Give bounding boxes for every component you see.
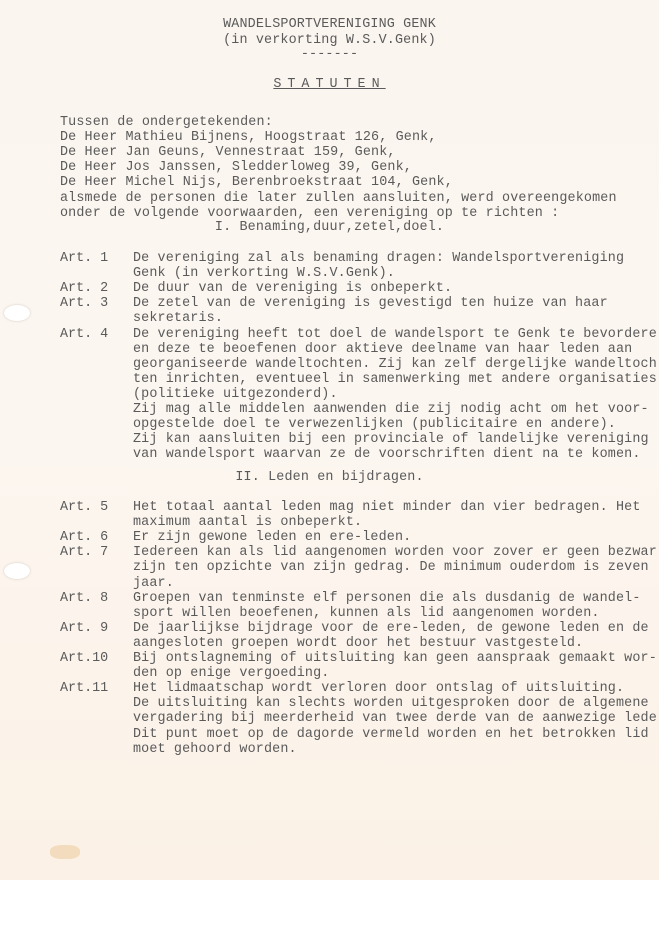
- article-text-line: De vereniging heeft tot doel de wandelsp…: [133, 327, 657, 342]
- article-number: Art. 2: [60, 281, 108, 296]
- article-text-line: Genk (in verkorting W.S.V.Genk).: [133, 266, 395, 281]
- article-text-line: aangesloten groepen wordt door het bestu…: [133, 636, 583, 651]
- article-text-line: Dit punt moet op de dagorde vermeld word…: [133, 727, 649, 742]
- preamble-line: De Heer Mathieu Bijnens, Hoogstraat 126,…: [60, 130, 437, 145]
- document-title: STATUTEN: [0, 77, 659, 92]
- article-text-line: Iedereen kan als lid aangenomen worden v…: [133, 545, 657, 560]
- org-abbreviation: (in verkorting W.S.V.Genk): [0, 33, 659, 48]
- article-text-line: en deze te beoefenen door aktieve deelna…: [133, 342, 632, 357]
- article-text-line: (politieke uitgezonderd).: [133, 387, 338, 402]
- article-text-line: opgestelde doel te verwezenlijken (publi…: [133, 417, 616, 432]
- scanned-page: WANDELSPORTVERENIGING GENK (in verkortin…: [0, 0, 659, 880]
- paper-stain: [50, 845, 80, 859]
- punch-hole: [4, 563, 30, 579]
- article-number: Art.10: [60, 651, 108, 666]
- article-text-line: Groepen van tenminste elf personen die a…: [133, 591, 641, 606]
- preamble-line: De Heer Jan Geuns, Vennestraat 159, Genk…: [60, 145, 396, 160]
- article-text-line: Zij mag alle middelen aanwenden die zij …: [133, 402, 649, 417]
- preamble-line: De Heer Michel Nijs, Berenbroekstraat 10…: [60, 175, 453, 190]
- article-text-line: Er zijn gewone leden en ere-leden.: [133, 530, 411, 545]
- article-text-line: jaar.: [133, 576, 174, 591]
- article-number: Art. 4: [60, 327, 108, 342]
- article-text-line: sport willen beoefenen, kunnen als lid a…: [133, 606, 600, 621]
- preamble-line: onder de volgende voorwaarden, een veren…: [60, 206, 559, 221]
- article-text-line: zijn ten opzichte van zijn gedrag. De mi…: [133, 560, 649, 575]
- article-text-line: De jaarlijkse bijdrage voor de ere-leden…: [133, 621, 649, 636]
- article-text-line: den op enige vergoeding.: [133, 666, 329, 681]
- preamble-line: De Heer Jos Janssen, Sledderloweg 39, Ge…: [60, 160, 412, 175]
- section-heading: II. Leden en bijdragen.: [0, 470, 659, 485]
- article-text-line: vergadering bij meerderheid van twee der…: [133, 711, 657, 726]
- article-number: Art. 6: [60, 530, 108, 545]
- header-separator: -------: [0, 47, 659, 62]
- article-number: Art. 9: [60, 621, 108, 636]
- punch-hole: [4, 305, 30, 321]
- article-number: Art. 7: [60, 545, 108, 560]
- article-number: Art.11: [60, 681, 108, 696]
- article-text-line: De duur van de vereniging is onbeperkt.: [133, 281, 452, 296]
- article-text-line: maximum aantal is onbeperkt.: [133, 515, 362, 530]
- article-text-line: De uitsluiting kan slechts worden uitges…: [133, 696, 649, 711]
- preamble-line: alsmede de personen die later zullen aan…: [60, 191, 617, 206]
- article-text-line: Het lidmaatschap wordt verloren door ont…: [133, 681, 624, 696]
- article-text-line: Bij ontslagneming of uitsluiting kan gee…: [133, 651, 657, 666]
- article-number: Art. 3: [60, 296, 108, 311]
- article-text-line: Het totaal aantal leden mag niet minder …: [133, 500, 641, 515]
- article-text-line: georganiseerde wandeltochten. Zij kan ze…: [133, 357, 657, 372]
- article-text-line: van wandelsport waarvan ze de voorschrif…: [133, 447, 641, 462]
- article-text-line: ten inrichten, eventueel in samenwerking…: [133, 372, 657, 387]
- article-number: Art. 1: [60, 251, 108, 266]
- article-number: Art. 8: [60, 591, 108, 606]
- section-heading: I. Benaming,duur,zetel,doel.: [0, 220, 659, 235]
- article-text-line: De vereniging zal als benaming dragen: W…: [133, 251, 624, 266]
- preamble-line: Tussen de ondergetekenden:: [60, 115, 273, 130]
- article-text-line: Zij kan aansluiten bij een provinciale o…: [133, 432, 649, 447]
- org-name: WANDELSPORTVERENIGING GENK: [0, 17, 659, 32]
- article-text-line: sekretaris.: [133, 311, 223, 326]
- article-number: Art. 5: [60, 500, 108, 515]
- article-text-line: De zetel van de vereniging is gevestigd …: [133, 296, 608, 311]
- article-text-line: moet gehoord worden.: [133, 742, 297, 757]
